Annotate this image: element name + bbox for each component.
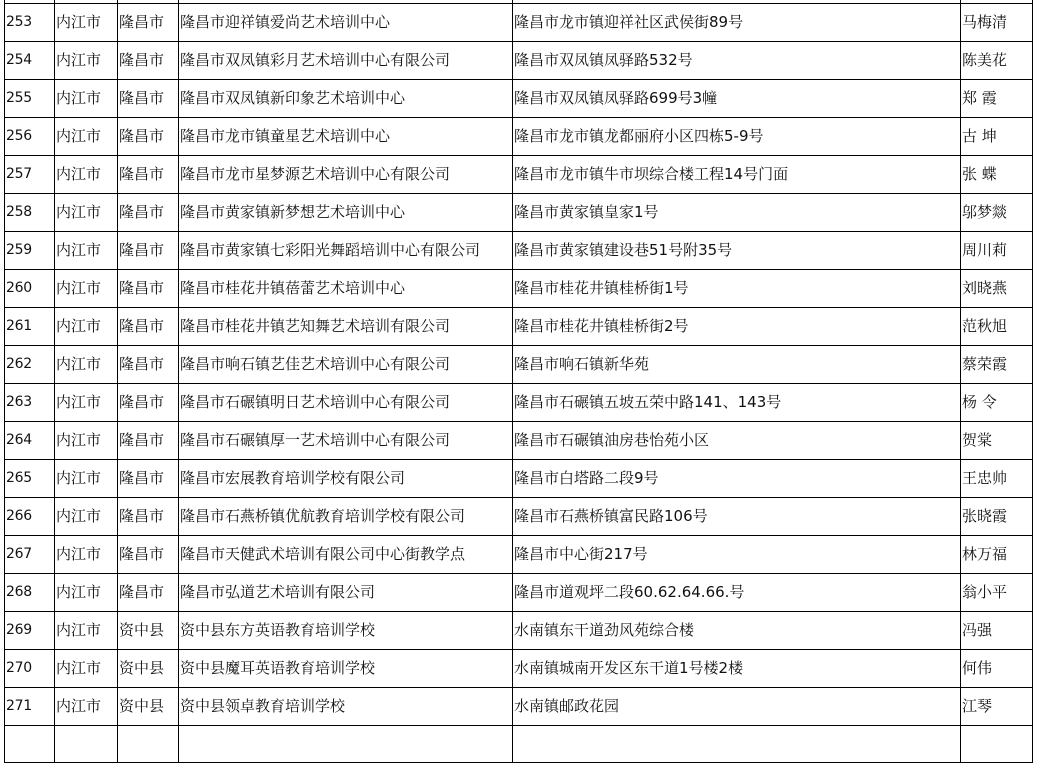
county-cell[interactable]: 隆昌市 <box>118 498 179 536</box>
institution-name-cell[interactable]: 隆昌市石碾镇明日艺术培训中心有限公司 <box>179 384 513 422</box>
address-cell[interactable]: 隆昌市石碾镇五坡五荣中路141、143号 <box>513 384 961 422</box>
address-cell[interactable]: 隆昌市桂花井镇桂桥街1号 <box>513 270 961 308</box>
contact-person-cell[interactable]: 邬梦燚 <box>961 194 1033 232</box>
county-cell[interactable]: 隆昌市 <box>118 232 179 270</box>
address-cell[interactable]: 隆昌市黄家镇建设巷51号附35号 <box>513 232 961 270</box>
table-row: 256内江市隆昌市隆昌市龙市镇童星艺术培训中心隆昌市龙市镇龙都丽府小区四栋5-9… <box>5 118 1033 156</box>
table-row: 264内江市隆昌市隆昌市石碾镇厚一艺术培训中心有限公司隆昌市石碾镇油房巷怡苑小区… <box>5 422 1033 460</box>
address-cell[interactable]: 隆昌市双凤镇凤驿路699号3幢 <box>513 80 961 118</box>
address-cell[interactable]: 水南镇邮政花园 <box>513 688 961 714</box>
county-cell[interactable]: 隆昌市 <box>118 4 179 42</box>
institution-name-cell[interactable]: 资中县魔耳英语教育培训学校 <box>179 650 513 688</box>
county-cell[interactable]: 隆昌市 <box>118 574 179 612</box>
institution-name-cell[interactable]: 隆昌市迎祥镇爱尚艺术培训中心 <box>179 4 513 42</box>
table-row: 263内江市隆昌市隆昌市石碾镇明日艺术培训中心有限公司隆昌市石碾镇五坡五荣中路1… <box>5 384 1033 422</box>
county-cell[interactable]: 隆昌市 <box>118 270 179 308</box>
contact-person-cell[interactable]: 何伟 <box>961 650 1033 688</box>
address-cell[interactable]: 隆昌市龙市镇牛市坝综合楼工程14号门面 <box>513 156 961 194</box>
table-row: 259内江市隆昌市隆昌市黄家镇七彩阳光舞蹈培训中心有限公司隆昌市黄家镇建设巷51… <box>5 232 1033 270</box>
address-cell[interactable]: 隆昌市白塔路二段9号 <box>513 460 961 498</box>
row-number-cell[interactable]: 261 <box>5 308 55 346</box>
county-cell[interactable]: 隆昌市 <box>118 422 179 460</box>
address-cell[interactable]: 隆昌市黄家镇皇家1号 <box>513 194 961 232</box>
institution-name-cell[interactable]: 隆昌市黄家镇七彩阳光舞蹈培训中心有限公司 <box>179 232 513 270</box>
contact-person-cell[interactable]: 周川莉 <box>961 232 1033 270</box>
row-number-cell[interactable]: 253 <box>5 4 55 42</box>
contact-person-cell[interactable]: 林万福 <box>961 536 1033 574</box>
city-cell[interactable]: 内江市 <box>55 118 118 156</box>
contact-person-cell[interactable]: 冯强 <box>961 612 1033 650</box>
contact-person-cell[interactable]: 王忠帅 <box>961 460 1033 498</box>
row-number-cell[interactable]: 256 <box>5 118 55 156</box>
institution-name-cell[interactable]: 隆昌市石碾镇厚一艺术培训中心有限公司 <box>179 422 513 460</box>
contact-person-cell[interactable]: 范秋旭 <box>961 308 1033 346</box>
table-row: 262内江市隆昌市隆昌市响石镇艺佳艺术培训中心有限公司隆昌市响石镇新华苑蔡荣霞 <box>5 346 1033 384</box>
county-cell[interactable]: 隆昌市 <box>118 346 179 384</box>
contact-person-cell[interactable]: 杨 令 <box>961 384 1033 422</box>
institution-name-cell[interactable]: 隆昌市龙市星梦源艺术培训中心有限公司 <box>179 156 513 194</box>
city-cell[interactable]: 内江市 <box>55 612 118 650</box>
contact-person-cell[interactable]: 马梅清 <box>961 4 1033 42</box>
address-cell[interactable]: 水南镇城南开发区东干道1号楼2楼 <box>513 650 961 688</box>
row-number-cell[interactable]: 254 <box>5 42 55 80</box>
address-cell[interactable]: 隆昌市中心街217号 <box>513 536 961 574</box>
contact-person-cell[interactable]: 陈美花 <box>961 42 1033 80</box>
table-row: 254内江市隆昌市隆昌市双凤镇彩月艺术培训中心有限公司隆昌市双凤镇凤驿路532号… <box>5 42 1033 80</box>
table-row: 267内江市隆昌市隆昌市天健武术培训有限公司中心街教学点隆昌市中心街217号林万… <box>5 536 1033 574</box>
row-number-cell[interactable]: 270 <box>5 650 55 688</box>
county-cell[interactable]: 隆昌市 <box>118 194 179 232</box>
table-row: 265内江市隆昌市隆昌市宏展教育培训学校有限公司隆昌市白塔路二段9号王忠帅 <box>5 460 1033 498</box>
row-number-cell[interactable]: 255 <box>5 80 55 118</box>
institution-name-cell[interactable]: 隆昌市天健武术培训有限公司中心街教学点 <box>179 536 513 574</box>
contact-person-cell[interactable]: 刘晓燕 <box>961 270 1033 308</box>
city-cell[interactable]: 内江市 <box>55 460 118 498</box>
row-number-cell[interactable]: 266 <box>5 498 55 536</box>
county-cell[interactable]: 隆昌市 <box>118 156 179 194</box>
address-cell[interactable]: 隆昌市道观坪二段60.62.64.66.号 <box>513 574 961 612</box>
institution-name-cell[interactable]: 资中县领卓教育培训学校 <box>179 688 513 714</box>
table-body: 253内江市隆昌市隆昌市迎祥镇爱尚艺术培训中心隆昌市龙市镇迎祥社区武侯街89号马… <box>5 0 1033 713</box>
table-row: 258内江市隆昌市隆昌市黄家镇新梦想艺术培训中心隆昌市黄家镇皇家1号邬梦燚 <box>5 194 1033 232</box>
address-cell[interactable]: 隆昌市响石镇新华苑 <box>513 346 961 384</box>
table-row: 268内江市隆昌市隆昌市弘道艺术培训有限公司隆昌市道观坪二段60.62.64.6… <box>5 574 1033 612</box>
institution-name-cell[interactable]: 资中县东方英语教育培训学校 <box>179 612 513 650</box>
row-number-cell[interactable]: 267 <box>5 536 55 574</box>
institution-name-cell[interactable]: 隆昌市双凤镇彩月艺术培训中心有限公司 <box>179 42 513 80</box>
city-cell[interactable]: 内江市 <box>55 80 118 118</box>
city-cell[interactable]: 内江市 <box>55 650 118 688</box>
row-number-cell[interactable]: 271 <box>5 688 55 714</box>
county-cell[interactable]: 资中县 <box>118 650 179 688</box>
table-row: 255内江市隆昌市隆昌市双凤镇新印象艺术培训中心隆昌市双凤镇凤驿路699号3幢郑… <box>5 80 1033 118</box>
city-cell[interactable]: 内江市 <box>55 536 118 574</box>
institution-name-cell[interactable]: 隆昌市弘道艺术培训有限公司 <box>179 574 513 612</box>
row-number-cell[interactable]: 264 <box>5 422 55 460</box>
institution-name-cell[interactable]: 隆昌市双凤镇新印象艺术培训中心 <box>179 80 513 118</box>
contact-person-cell[interactable]: 古 坤 <box>961 118 1033 156</box>
city-cell[interactable]: 内江市 <box>55 422 118 460</box>
city-cell[interactable]: 内江市 <box>55 194 118 232</box>
county-cell[interactable]: 隆昌市 <box>118 384 179 422</box>
county-cell[interactable]: 隆昌市 <box>118 308 179 346</box>
city-cell[interactable]: 内江市 <box>55 384 118 422</box>
training-institutions-table: 253内江市隆昌市隆昌市迎祥镇爱尚艺术培训中心隆昌市龙市镇迎祥社区武侯街89号马… <box>4 0 1033 713</box>
contact-person-cell[interactable]: 张 蝶 <box>961 156 1033 194</box>
city-cell[interactable]: 内江市 <box>55 574 118 612</box>
institution-name-cell[interactable]: 隆昌市宏展教育培训学校有限公司 <box>179 460 513 498</box>
city-cell[interactable]: 内江市 <box>55 4 118 42</box>
table-row: 271内江市资中县资中县领卓教育培训学校水南镇邮政花园江琴 <box>5 688 1033 714</box>
city-cell[interactable]: 内江市 <box>55 232 118 270</box>
county-cell[interactable]: 资中县 <box>118 688 179 714</box>
table-row: 253内江市隆昌市隆昌市迎祥镇爱尚艺术培训中心隆昌市龙市镇迎祥社区武侯街89号马… <box>5 4 1033 42</box>
table-row: 270内江市资中县资中县魔耳英语教育培训学校水南镇城南开发区东干道1号楼2楼何伟 <box>5 650 1033 688</box>
address-cell[interactable]: 隆昌市石燕桥镇富民路106号 <box>513 498 961 536</box>
institution-name-cell[interactable]: 隆昌市桂花井镇蓓蕾艺术培训中心 <box>179 270 513 308</box>
county-cell[interactable]: 隆昌市 <box>118 42 179 80</box>
county-cell[interactable]: 隆昌市 <box>118 118 179 156</box>
address-cell[interactable]: 隆昌市双凤镇凤驿路532号 <box>513 42 961 80</box>
county-cell[interactable]: 隆昌市 <box>118 80 179 118</box>
address-cell[interactable]: 隆昌市龙市镇迎祥社区武侯街89号 <box>513 4 961 42</box>
institution-name-cell[interactable]: 隆昌市黄家镇新梦想艺术培训中心 <box>179 194 513 232</box>
row-number-cell[interactable]: 258 <box>5 194 55 232</box>
city-cell[interactable]: 内江市 <box>55 346 118 384</box>
row-number-cell[interactable]: 257 <box>5 156 55 194</box>
contact-person-cell[interactable]: 贺棠 <box>961 422 1033 460</box>
row-number-cell[interactable]: 265 <box>5 460 55 498</box>
county-cell[interactable]: 隆昌市 <box>118 536 179 574</box>
contact-person-cell[interactable]: 翁小平 <box>961 574 1033 612</box>
contact-person-cell[interactable]: 张晓霞 <box>961 498 1033 536</box>
table-row: 260内江市隆昌市隆昌市桂花井镇蓓蕾艺术培训中心隆昌市桂花井镇桂桥街1号刘晓燕 <box>5 270 1033 308</box>
row-number-cell[interactable]: 260 <box>5 270 55 308</box>
table-row: 257内江市隆昌市隆昌市龙市星梦源艺术培训中心有限公司隆昌市龙市镇牛市坝综合楼工… <box>5 156 1033 194</box>
spreadsheet-view: 253内江市隆昌市隆昌市迎祥镇爱尚艺术培训中心隆昌市龙市镇迎祥社区武侯街89号马… <box>4 0 1033 713</box>
institution-name-cell[interactable]: 隆昌市响石镇艺佳艺术培训中心有限公司 <box>179 346 513 384</box>
address-cell[interactable]: 隆昌市石碾镇油房巷怡苑小区 <box>513 422 961 460</box>
row-number-cell[interactable]: 268 <box>5 574 55 612</box>
address-cell[interactable]: 隆昌市桂花井镇桂桥街2号 <box>513 308 961 346</box>
county-cell[interactable]: 隆昌市 <box>118 460 179 498</box>
city-cell[interactable]: 内江市 <box>55 308 118 346</box>
table-row: 266内江市隆昌市隆昌市石燕桥镇优航教育培训学校有限公司隆昌市石燕桥镇富民路10… <box>5 498 1033 536</box>
row-number-cell[interactable]: 262 <box>5 346 55 384</box>
row-number-cell[interactable]: 263 <box>5 384 55 422</box>
city-cell[interactable]: 内江市 <box>55 42 118 80</box>
institution-name-cell[interactable]: 隆昌市桂花井镇艺知舞艺术培训有限公司 <box>179 308 513 346</box>
contact-person-cell[interactable]: 郑 霞 <box>961 80 1033 118</box>
address-cell[interactable]: 水南镇东干道劲风苑综合楼 <box>513 612 961 650</box>
table-row: 261内江市隆昌市隆昌市桂花井镇艺知舞艺术培训有限公司隆昌市桂花井镇桂桥街2号范… <box>5 308 1033 346</box>
contact-person-cell[interactable]: 江琴 <box>961 688 1033 714</box>
institution-name-cell[interactable]: 隆昌市龙市镇童星艺术培训中心 <box>179 118 513 156</box>
row-number-cell[interactable]: 259 <box>5 232 55 270</box>
city-cell[interactable]: 内江市 <box>55 156 118 194</box>
county-cell[interactable]: 资中县 <box>118 612 179 650</box>
address-cell[interactable]: 隆昌市龙市镇龙都丽府小区四栋5-9号 <box>513 118 961 156</box>
contact-person-cell[interactable]: 蔡荣霞 <box>961 346 1033 384</box>
table-row: 269内江市资中县资中县东方英语教育培训学校水南镇东干道劲风苑综合楼冯强 <box>5 612 1033 650</box>
city-cell[interactable]: 内江市 <box>55 270 118 308</box>
institution-name-cell[interactable]: 隆昌市石燕桥镇优航教育培训学校有限公司 <box>179 498 513 536</box>
city-cell[interactable]: 内江市 <box>55 498 118 536</box>
row-number-cell[interactable]: 269 <box>5 612 55 650</box>
city-cell[interactable]: 内江市 <box>55 688 118 714</box>
